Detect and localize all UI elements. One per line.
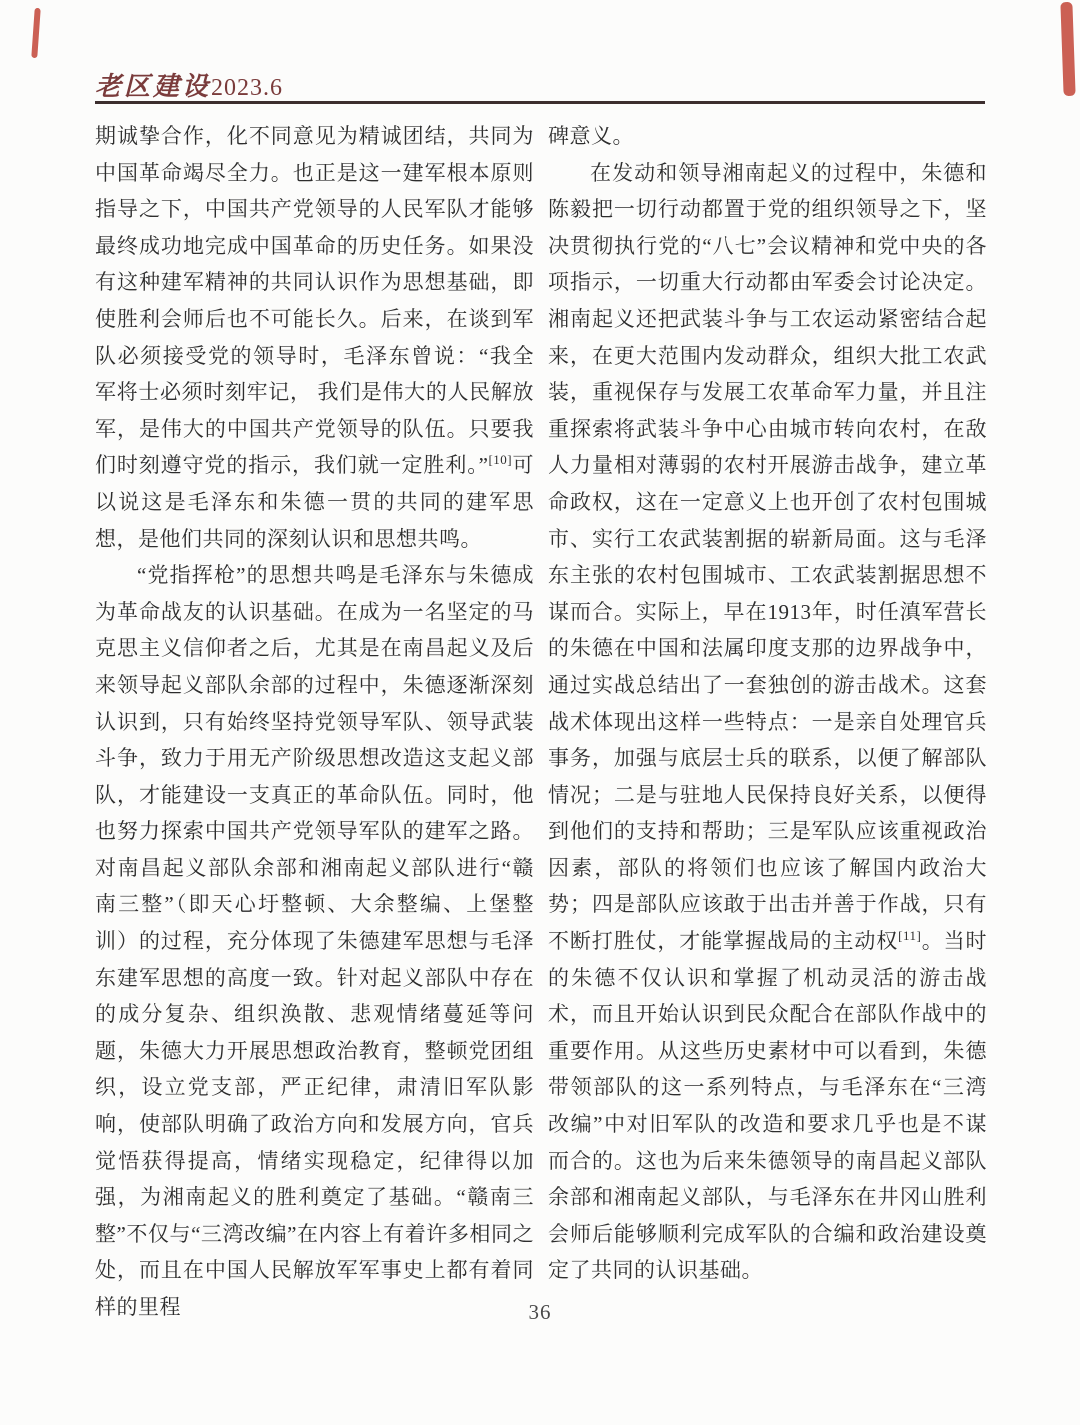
journal-page: 老区建设2023.6 期诚挚合作，化不同意见为精诚团结，共同为中国革命竭尽全力。… <box>0 0 1080 1425</box>
paragraph-text: 期诚挚合作，化不同意见为精诚团结，共同为中国革命竭尽全力。也正是这一建军根本原则… <box>95 124 534 477</box>
right-column: 碑意义。在发动和领导湘南起义的过程中，朱德和陈毅把一切行动都置于党的组织领导之下… <box>548 118 987 1326</box>
paragraph-text: 碑意义。 <box>548 124 634 148</box>
journal-header: 老区建设2023.6 <box>95 66 283 103</box>
red-ink-mark-right <box>1060 2 1075 96</box>
journal-logo: 老区建设 <box>95 72 211 101</box>
paragraph-text: 。当时的朱德不仅认识和掌握了机动灵活的游击战术，而且开始认识到民众配合在部队作战… <box>548 929 987 1282</box>
paragraph: 在发动和领导湘南起义的过程中，朱德和陈毅把一切行动都置于党的组织领导之下，坚决贯… <box>548 155 987 1289</box>
paragraph-text: “党指挥枪”的思想共鸣是毛泽东与朱德成为革命战友的认识基础。在成为一名坚定的马克… <box>95 563 534 1319</box>
red-ink-mark-left <box>31 8 40 58</box>
footnote-reference: [11] <box>898 928 921 943</box>
page-number: 36 <box>0 1300 1080 1325</box>
footnote-reference: [10] <box>488 452 512 467</box>
paragraph-text: 在发动和领导湘南起义的过程中，朱德和陈毅把一切行动都置于党的组织领导之下，坚决贯… <box>548 161 987 953</box>
left-column: 期诚挚合作，化不同意见为精诚团结，共同为中国革命竭尽全力。也正是这一建军根本原则… <box>95 118 534 1326</box>
paragraph: “党指挥枪”的思想共鸣是毛泽东与朱德成为革命战友的认识基础。在成为一名坚定的马克… <box>95 557 534 1325</box>
article-body: 期诚挚合作，化不同意见为精诚团结，共同为中国革命竭尽全力。也正是这一建军根本原则… <box>95 118 987 1326</box>
paragraph: 碑意义。 <box>548 118 987 155</box>
journal-issue-number: 2023.6 <box>211 75 283 101</box>
header-rule <box>95 101 985 104</box>
paragraph: 期诚挚合作，化不同意见为精诚团结，共同为中国革命竭尽全力。也正是这一建军根本原则… <box>95 118 534 557</box>
